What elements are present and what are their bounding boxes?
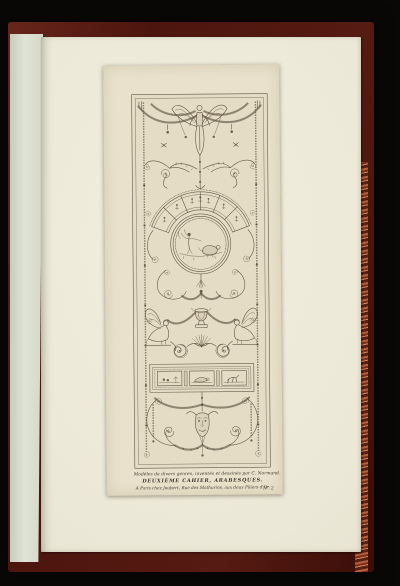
left-page-edge xyxy=(10,34,43,562)
photograph-background: { "print": { "caption_line1": "Modèles d… xyxy=(0,0,400,586)
caption: Modèles de divers genres, inventés et de… xyxy=(134,471,272,491)
caption-publisher: A Paris chez Joubert, Rue des Mathurins,… xyxy=(134,484,272,491)
engraving-plate xyxy=(130,92,271,469)
book-cover: Modèles de divers genres, inventés et de… xyxy=(8,22,374,572)
plate-number: N° 2 xyxy=(263,486,274,491)
album-page: Modèles de divers genres, inventés et de… xyxy=(41,37,361,552)
print-sheet: Modèles de divers genres, inventés et de… xyxy=(103,64,283,496)
